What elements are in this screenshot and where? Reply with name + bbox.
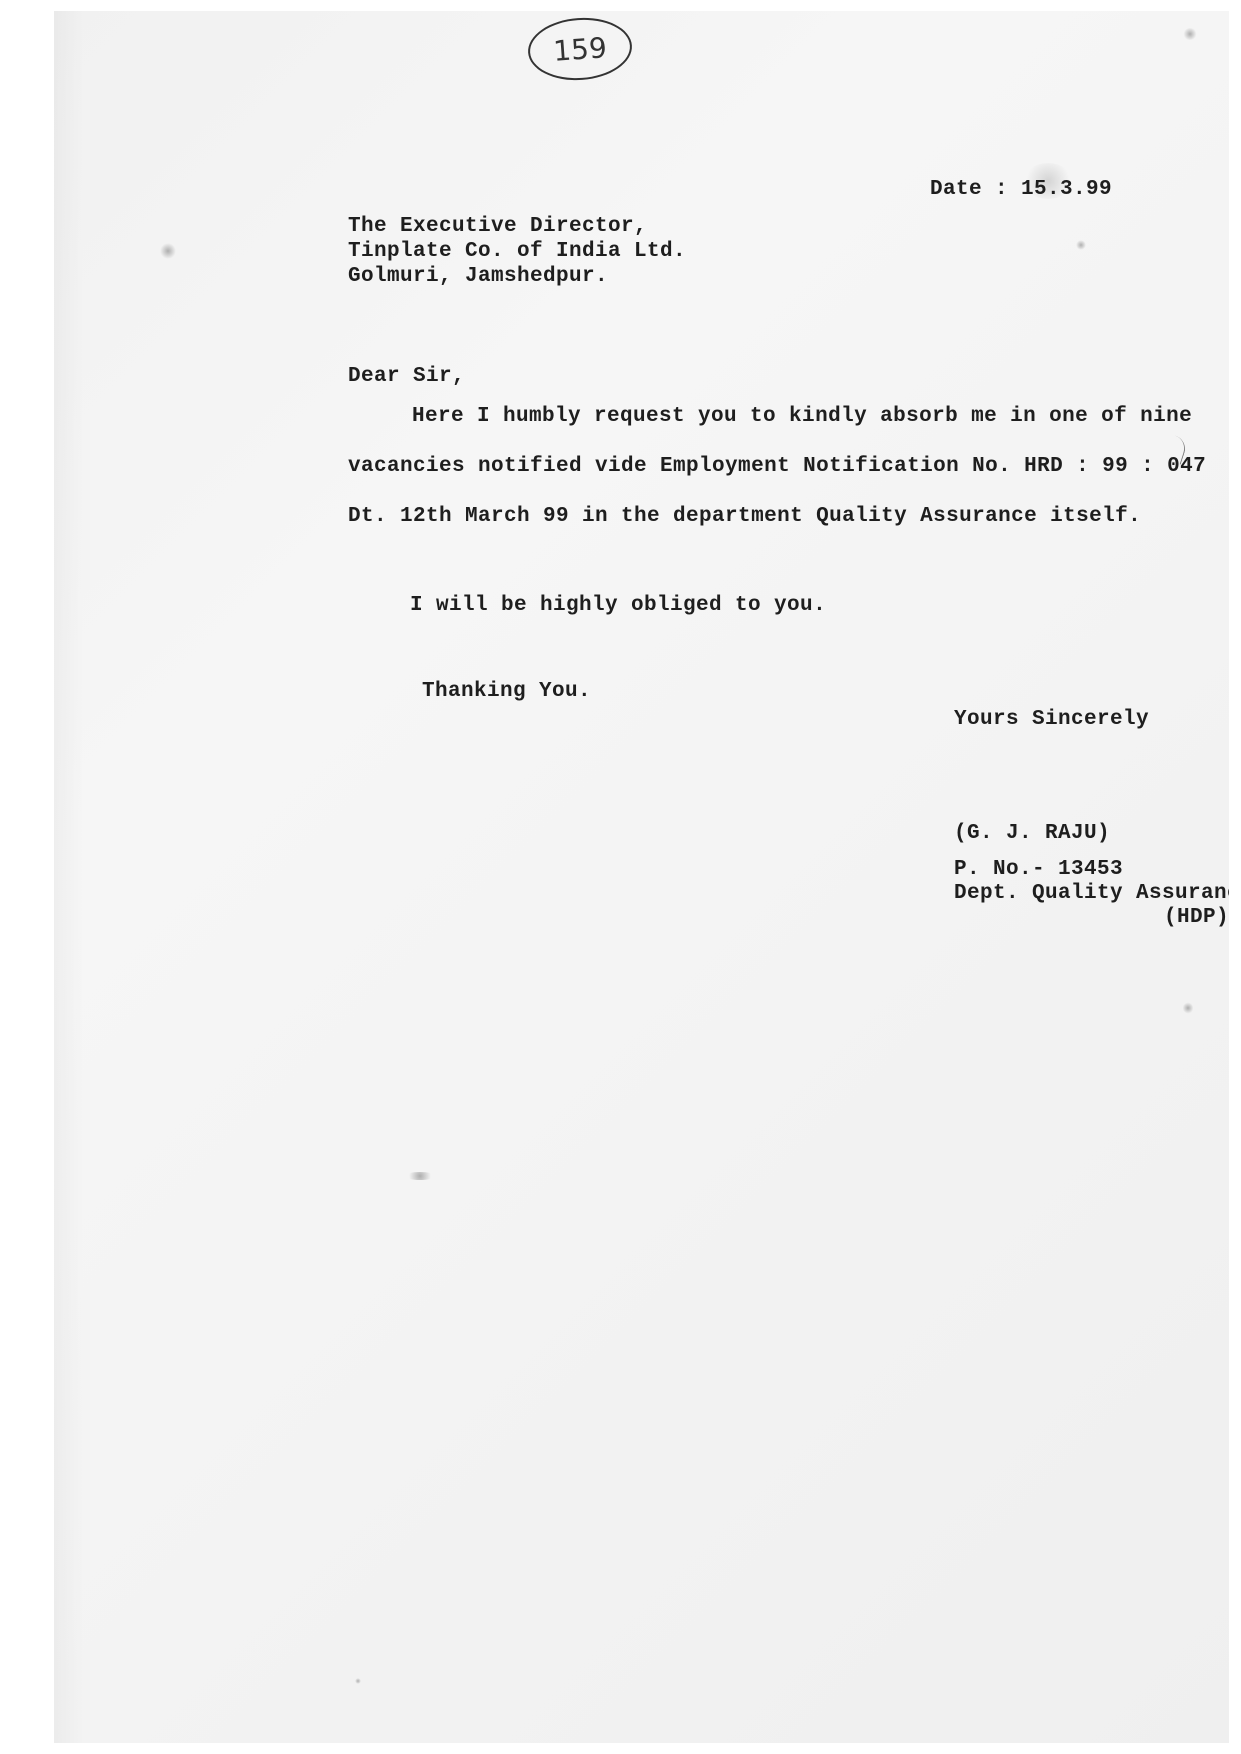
body-line-3: Dt. 12th March 99 in the department Qual… [348,505,1141,529]
ink-spot [1183,1002,1193,1014]
signature-personnel-no: P. No.- 13453 [954,858,1123,882]
thanks-line: Thanking You. [422,680,591,704]
signature-division: (HDP) [1164,906,1229,930]
closing-line: Yours Sincerely [954,708,1149,732]
salutation: Dear Sir, [348,365,465,389]
ink-spot [1076,240,1086,250]
faint-mark [405,1172,435,1180]
ink-spot [1183,28,1197,40]
body-line-2: vacancies notified vide Employment Notif… [348,455,1206,479]
date-line: Date : 15.3.99 [930,178,1112,202]
page-number-text: 159 [552,31,608,68]
recipient-line-1: The Executive Director, [348,215,647,239]
ink-spot [355,1678,361,1684]
date-label: Date : [930,178,1008,201]
body-line-4: I will be highly obliged to you. [410,594,826,618]
signature-department: Dept. Quality Assurance [954,882,1229,906]
ink-spot [160,243,176,259]
scan-shadow [54,11,84,1743]
date-value: 15.3.99 [1021,178,1112,201]
recipient-line-2: Tinplate Co. of India Ltd. [348,240,686,264]
recipient-line-3: Golmuri, Jamshedpur. [348,265,608,289]
signature-name: (G. J. RAJU) [954,822,1110,846]
body-line-1: Here I humbly request you to kindly abso… [412,405,1192,429]
